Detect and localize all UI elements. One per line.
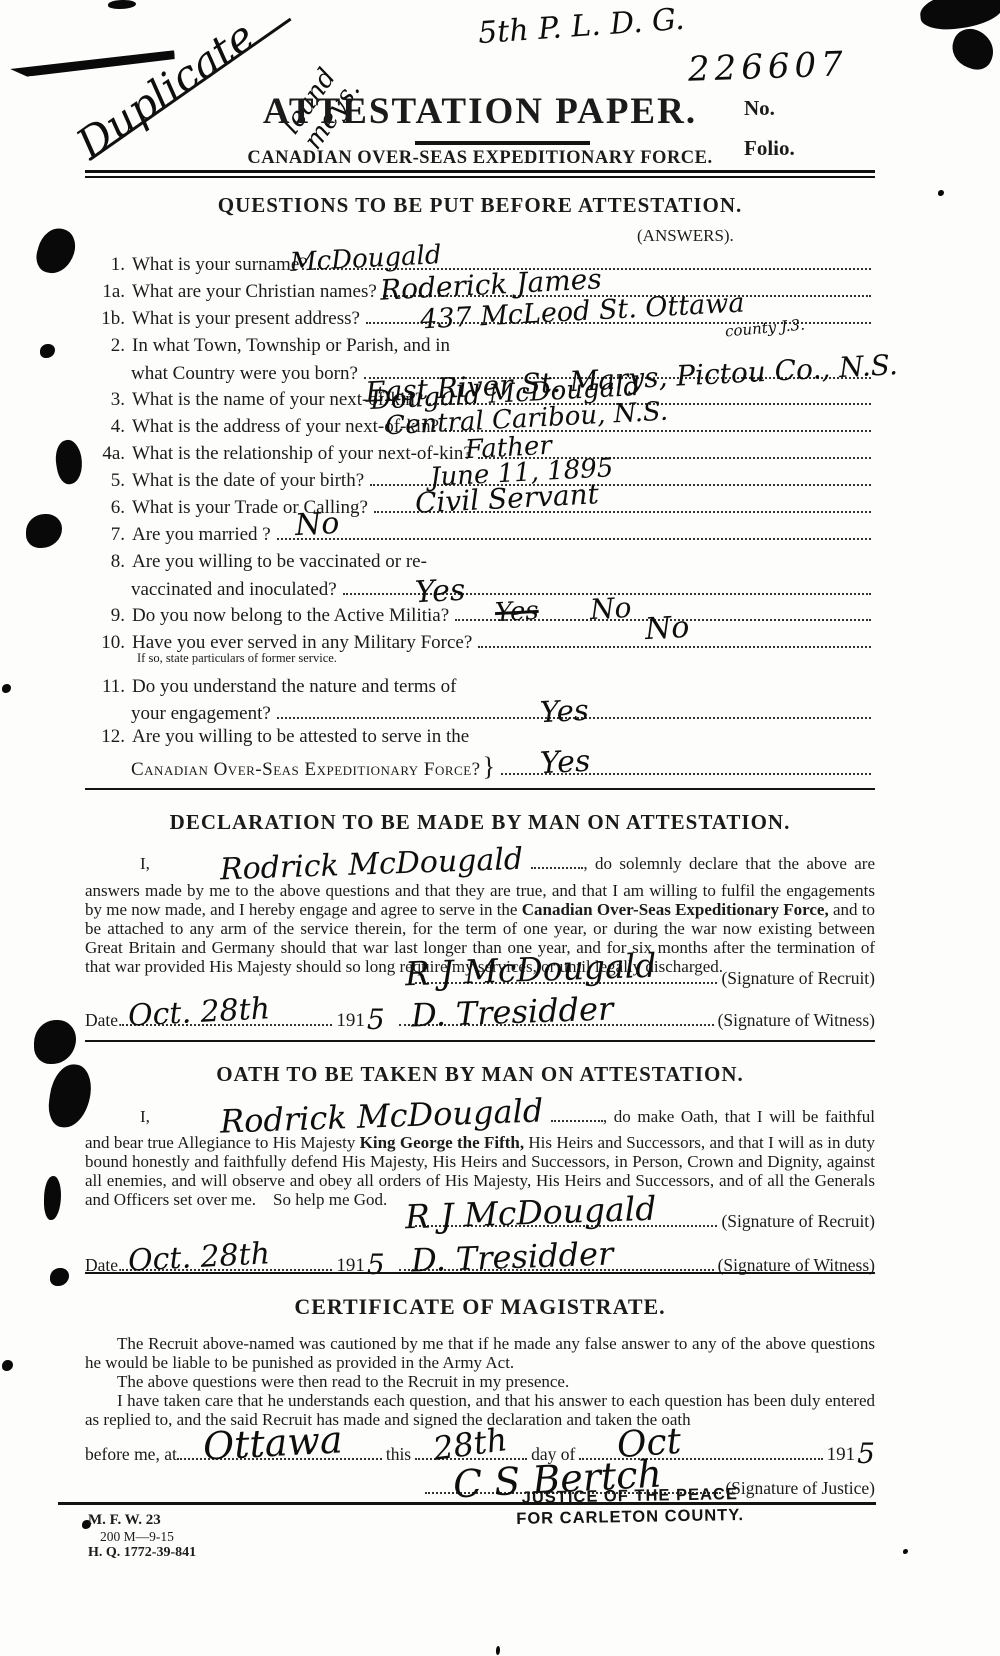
oath-section: OATH TO BE TAKEN BY MAN ON ATTESTATION. … [85,1052,875,1277]
this-label: this [382,1444,415,1465]
section-divider [85,1272,875,1274]
recruit-signature: R J McDougald [405,1192,657,1234]
regimental-number: 226607 [687,47,848,87]
stamp-line-2: FOR CARLETON COUNTY. [480,1505,780,1532]
questions-heading: QUESTIONS TO BE PUT BEFORE ATTESTATION. [85,193,875,218]
declaration-heading: DECLARATION TO BE MADE BY MAN ON ATTESTA… [85,810,875,835]
witness-line: D. Tresidder [399,1249,714,1271]
ink-blot [26,514,62,548]
unit-annotation: 5th P. L. D. G. [477,5,685,49]
question-row-12: 12. Are you willing to be attested to se… [85,726,875,776]
day-line: 28th [415,1438,527,1460]
ink-blot [40,344,55,358]
section-divider [85,788,875,790]
form-code-3: H. Q. 1772-39-841 [88,1545,196,1561]
question-row-11: 11. Do you understand the nature and ter… [85,676,875,726]
header: Duplicate leand meys. 5th P. L. D. G. 22… [0,0,1000,185]
dotted-blank [531,857,583,869]
day-written: 28th [431,1423,509,1465]
place-written: Ottawa [202,1420,343,1465]
date-written: Oct. 28th [128,994,271,1031]
attestation-paper-page: Duplicate leand meys. 5th P. L. D. G. 22… [0,0,1000,1656]
place-line: Ottawa [177,1438,382,1460]
ink-blot [44,1176,61,1220]
ink-blot [50,1268,69,1286]
date-line: Oct. 28th [122,1004,332,1026]
ink-blot [33,224,80,278]
header-rule [85,170,875,178]
no-label: No. [744,96,775,121]
answer-military-force: No [644,613,690,645]
ink-blot [496,1646,500,1655]
answer-married: No [294,509,340,541]
witness-signature: D. Tresidder [410,992,613,1031]
witness-signature-label: (Signature of Witness) [714,1010,875,1031]
questions-section: QUESTIONS TO BE PUT BEFORE ATTESTATION. … [85,185,875,776]
question-row-8: 8. Are you willing to be vaccinated or r… [85,551,875,605]
folio-label: Folio. [744,136,795,161]
dotted-leader [478,646,871,648]
answer-militia-struck: Yes [494,598,539,626]
recruit-signature-label: (Signature of Recruit) [717,968,875,989]
date-label: Date. [85,1010,122,1031]
oath-recruit-signature-row: R J McDougald (Signature of Recruit) [415,1205,875,1232]
year-written: 5 [367,1006,385,1034]
duplicate-annotation: Duplicate [70,14,262,166]
oath-text: I, Rodrick McDougald, do make Oath, that… [85,1101,875,1209]
recruit-signature-label: (Signature of Recruit) [717,1211,875,1232]
answer-militia: No [589,594,632,624]
question-row-6: 6. What is your Trade or Calling? Civil … [85,497,875,524]
answer-vaccinated: Yes [414,576,466,609]
date-line: Oct. 28th [122,1249,332,1271]
year-written: 5 [857,1440,875,1468]
ink-blot [903,1549,908,1554]
magistrate-heading: CERTIFICATE OF MAGISTRATE. [85,1294,875,1320]
answer-attest-serve: Yes [539,747,591,780]
magistrate-section: CERTIFICATE OF MAGISTRATE. The Recruit a… [85,1280,875,1520]
question-12-brace: } [483,752,495,782]
year-printed: 191 [823,1444,858,1466]
witness-signature: D. Tresidder [410,1237,613,1276]
question-row-10: 10. Have you ever served in any Military… [85,632,875,676]
magistrate-para-2: The above questions were then read to th… [85,1372,875,1391]
answer-understand-terms: Yes [539,696,589,728]
ink-blot [52,438,85,486]
recruit-signature: R J McDougald [405,949,657,991]
page-title: ATTESTATION PAPER. [240,90,720,133]
dotted-blank [551,1110,603,1122]
oath-heading: OATH TO BE TAKEN BY MAN ON ATTESTATION. [85,1062,875,1087]
footer: M. F. W. 23 200 M—9-15 H. Q. 1772-39-841 [88,1512,196,1561]
declaration-recruit-signature-row: R J McDougald (Signature of Recruit) [415,962,875,989]
bottom-rule [58,1502,876,1505]
declaration-section: DECLARATION TO BE MADE BY MAN ON ATTESTA… [85,800,875,1032]
title-rule [415,141,590,145]
ink-blot [938,190,944,196]
magistrate-para-1: The Recruit above-named was cautioned by… [85,1334,875,1372]
year-written: 5 [367,1251,385,1279]
justice-stamp: JUSTICE OF THE PEACE FOR CARLETON COUNTY… [480,1483,781,1531]
form-code-1: M. F. W. 23 [88,1512,196,1529]
declaration-date-row: Date. Oct. 28th 1915 D. Tresidder (Signa… [85,1003,875,1032]
year-printed: 191 [332,1010,367,1032]
force-subtitle: CANADIAN OVER-SEAS EXPEDITIONARY FORCE. [240,148,720,169]
question-row-7: 7. Are you married ? No [85,524,875,551]
before-me-label: before me, at [85,1444,177,1465]
section-divider [85,1040,875,1042]
dotted-leader [277,538,871,540]
ink-blot [2,1360,13,1371]
signature-line: R J McDougald [415,962,717,984]
question-row-9: 9. Do you now belong to the Active Milit… [85,605,875,632]
ink-blot [2,684,11,693]
answers-label: (ANSWERS). [637,226,875,246]
form-code-2: 200 M—9-15 [100,1529,196,1545]
ink-blot [34,1020,76,1064]
signature-line: R J McDougald [415,1205,717,1227]
witness-line: D. Tresidder [399,1004,714,1026]
